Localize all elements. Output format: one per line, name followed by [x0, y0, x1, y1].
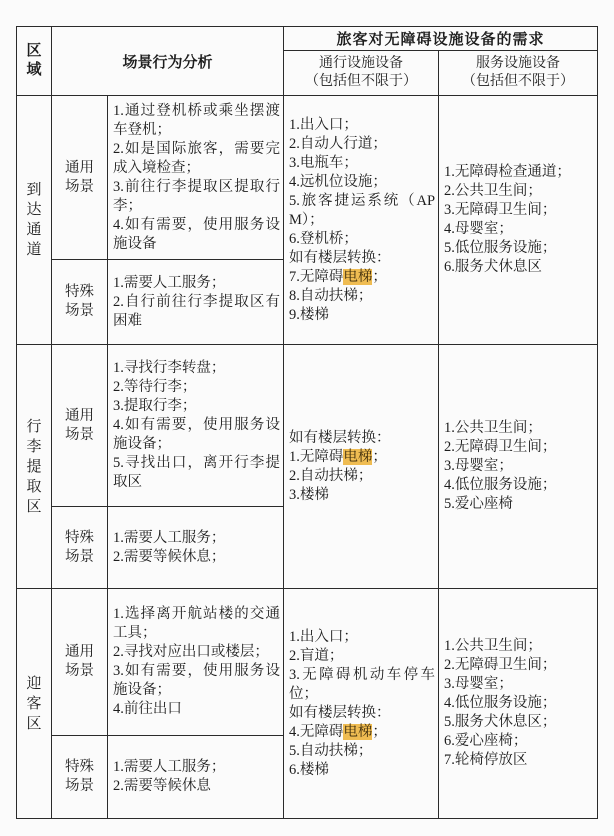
- region-label: 迎客区: [26, 674, 43, 734]
- service-facilities-cell: 1.公共卫生间；2.无障碍卫生间；3.母婴室；4.低位服务设施；5.服务犬休息区…: [439, 589, 598, 819]
- header-service-note: （包括但不限于）: [442, 73, 594, 91]
- general-scenario-cell-label: 通用场景: [64, 643, 95, 681]
- list-item-line: 5.服务犬休息区；: [444, 713, 594, 732]
- line-text: ；: [372, 724, 387, 740]
- list-item-line: 5.自动扶梯；: [289, 742, 435, 761]
- highlighted-term: 电梯: [343, 449, 372, 465]
- region-label: 行李提取区: [26, 417, 43, 517]
- list-item-line: 4.如有需要，使用服务设施设备: [113, 216, 280, 254]
- general-behavior-cell: 1.寻找行李转盘；2.等待行李；3.提取行李；4.如有需要，使用服务设施设备；5…: [108, 345, 284, 507]
- header-scenario-label: 场景行为分析: [123, 55, 213, 71]
- list-item-line: 1.需要人工服务；: [113, 274, 280, 293]
- list-item-line: 6.爱心座椅；: [444, 732, 594, 751]
- header-passage-cell: 通行设施设备 （包括但不限于）: [284, 51, 439, 96]
- special-scenario-cell-label: 特殊场景: [64, 283, 95, 321]
- list-item-line: 1.公共卫生间；: [444, 637, 594, 656]
- list-item-line: 2.自行前往行李提取区有困难: [113, 293, 280, 331]
- list-item-line: 1.寻找行李转盘；: [113, 359, 280, 378]
- list-item-line: 3.楼梯: [289, 486, 435, 505]
- service-facilities-cell: 1.公共卫生间；2.无障碍卫生间；3.母婴室；4.低位服务设施；5.爱心座椅: [439, 345, 598, 589]
- list-item-line: 6.服务犬休息区: [444, 258, 594, 277]
- list-item-line: 6.登机桥；: [289, 230, 435, 249]
- list-item-line: 3.无障碍机动车停车位；: [289, 666, 435, 704]
- list-item-line: 如有楼层转换：: [289, 704, 435, 723]
- special-behavior-cell: 1.需要人工服务；2.需要等候休息；: [108, 507, 284, 589]
- list-item-line: 4.前往出口: [113, 700, 280, 719]
- list-item-line: 2.等待行李；: [113, 378, 280, 397]
- list-item-line: 2.公共卫生间；: [444, 182, 594, 201]
- special-scenario-cell: 特殊场景: [52, 260, 108, 345]
- list-item-line: 4.母婴室；: [444, 220, 594, 239]
- list-item-line: 1.需要人工服务；: [113, 758, 280, 777]
- list-item-line: 2.需要等候休息；: [113, 548, 280, 567]
- highlighted-term: 电梯: [343, 724, 372, 740]
- region-cell: 行李提取区: [17, 345, 52, 589]
- list-item-line: 7.轮椅停放区: [444, 751, 594, 770]
- block-row-general: 到达通道通用场景1.通过登机桥或乘坐摆渡车登机；2.如是国际旅客，需要完成入境检…: [17, 96, 598, 260]
- list-item-line: 3.前往行李提取区提取行李；: [113, 178, 280, 216]
- list-item-line: 4.低位服务设施；: [444, 694, 594, 713]
- general-behavior-cell: 1.通过登机桥或乘坐摆渡车登机；2.如是国际旅客，需要完成入境检查；3.前往行李…: [108, 96, 284, 260]
- header-service-cell: 服务设施设备 （包括但不限于）: [439, 51, 598, 96]
- list-item-line: 如有楼层转换：: [289, 429, 435, 448]
- line-text: 1.无障碍: [289, 449, 343, 465]
- list-item-line: 2.无障碍卫生间；: [444, 656, 594, 675]
- general-scenario-cell-label: 通用场景: [64, 407, 95, 445]
- list-item-line: 1.通过登机桥或乘坐摆渡车登机；: [113, 102, 280, 140]
- list-item-line: 5.旅客捷运系统（APM）；: [289, 192, 435, 230]
- list-item-line: 2.无障碍卫生间；: [444, 438, 594, 457]
- general-scenario-cell: 通用场景: [52, 345, 108, 507]
- line-text: ；: [372, 449, 387, 465]
- highlighted-term: 电梯: [343, 269, 372, 285]
- list-item-line: 1.需要人工服务；: [113, 529, 280, 548]
- list-item-line: 如有楼层转换：: [289, 249, 435, 268]
- list-item-line: 8.自动扶梯；: [289, 287, 435, 306]
- list-item-line: 5.低位服务设施；: [444, 239, 594, 258]
- general-scenario-cell: 通用场景: [52, 96, 108, 260]
- list-item-line: 4.无障碍电梯；: [289, 723, 435, 742]
- special-behavior-cell: 1.需要人工服务；2.自行前往行李提取区有困难: [108, 260, 284, 345]
- header-region-cell: 区域: [17, 27, 52, 96]
- header-region-label: 区域: [26, 42, 43, 80]
- header-demand-title: 旅客对无障碍设施设备的需求: [337, 32, 545, 48]
- general-scenario-cell-label: 通用场景: [64, 159, 95, 197]
- list-item-line: 3.母婴室；: [444, 457, 594, 476]
- region-cell: 迎客区: [17, 589, 52, 819]
- passage-facilities-cell: 如有楼层转换：1.无障碍电梯；2.自动扶梯；3.楼梯: [284, 345, 439, 589]
- list-item-line: 2.需要等候休息: [113, 777, 280, 796]
- list-item-line: 4.如有需要，使用服务设施设备；: [113, 416, 280, 454]
- list-item-line: 1.无障碍检查通道；: [444, 163, 594, 182]
- special-scenario-cell: 特殊场景: [52, 507, 108, 589]
- list-item-line: 4.低位服务设施；: [444, 476, 594, 495]
- list-item-line: 3.如有需要，使用服务设施设备；: [113, 662, 280, 700]
- list-item-line: 7.无障碍电梯；: [289, 268, 435, 287]
- header-service-name: 服务设施设备: [442, 55, 594, 73]
- line-text: 4.无障碍: [289, 724, 343, 740]
- list-item-line: 4.远机位设施；: [289, 173, 435, 192]
- special-behavior-cell: 1.需要人工服务；2.需要等候休息: [108, 736, 284, 819]
- line-text: 7.无障碍: [289, 269, 343, 285]
- list-item-line: 1.无障碍电梯；: [289, 448, 435, 467]
- header-passage-name: 通行设施设备: [287, 55, 435, 73]
- block-row-general: 迎客区通用场景1.选择离开航站楼的交通工具；2.寻找对应出口或楼层；3.如有需要…: [17, 589, 598, 736]
- passage-facilities-cell: 1.出入口；2.自动人行道；3.电瓶车；4.远机位设施；5.旅客捷运系统（APM…: [284, 96, 439, 345]
- service-facilities-cell: 1.无障碍检查通道；2.公共卫生间；3.无障碍卫生间；4.母婴室；5.低位服务设…: [439, 96, 598, 345]
- list-item-line: 6.楼梯: [289, 761, 435, 780]
- list-item-line: 1.选择离开航站楼的交通工具；: [113, 605, 280, 643]
- line-text: ；: [372, 269, 387, 285]
- list-item-line: 2.自动扶梯；: [289, 467, 435, 486]
- region-cell: 到达通道: [17, 96, 52, 345]
- block-row-general: 行李提取区通用场景1.寻找行李转盘；2.等待行李；3.提取行李；4.如有需要，使…: [17, 345, 598, 507]
- passage-facilities-cell: 1.出入口；2.盲道；3.无障碍机动车停车位；如有楼层转换：4.无障碍电梯；5.…: [284, 589, 439, 819]
- header-passage-note: （包括但不限于）: [287, 73, 435, 91]
- accessibility-needs-table: 区域 场景行为分析 旅客对无障碍设施设备的需求 通行设施设备 （包括但不限于） …: [16, 26, 598, 819]
- list-item-line: 2.盲道；: [289, 647, 435, 666]
- general-behavior-cell: 1.选择离开航站楼的交通工具；2.寻找对应出口或楼层；3.如有需要，使用服务设施…: [108, 589, 284, 736]
- list-item-line: 2.自动人行道；: [289, 135, 435, 154]
- special-scenario-cell-label: 特殊场景: [64, 529, 95, 567]
- list-item-line: 1.出入口；: [289, 116, 435, 135]
- list-item-line: 5.寻找出口，离开行李提取区: [113, 454, 280, 492]
- general-scenario-cell: 通用场景: [52, 589, 108, 736]
- header-demand-title-cell: 旅客对无障碍设施设备的需求: [284, 27, 598, 51]
- scanned-document-page: { "table": { "header": { "region": "区域",…: [0, 0, 614, 836]
- list-item-line: 3.电瓶车；: [289, 154, 435, 173]
- special-scenario-cell-label: 特殊场景: [64, 758, 95, 796]
- list-item-line: 2.寻找对应出口或楼层；: [113, 643, 280, 662]
- list-item-line: 2.如是国际旅客，需要完成入境检查；: [113, 140, 280, 178]
- list-item-line: 1.出入口；: [289, 628, 435, 647]
- list-item-line: 3.母婴室；: [444, 675, 594, 694]
- list-item-line: 3.无障碍卫生间；: [444, 201, 594, 220]
- list-item-line: 1.公共卫生间；: [444, 419, 594, 438]
- header-scenario-cell: 场景行为分析: [52, 27, 284, 96]
- table-body: 区域 场景行为分析 旅客对无障碍设施设备的需求 通行设施设备 （包括但不限于） …: [17, 27, 598, 819]
- list-item-line: 9.楼梯: [289, 306, 435, 325]
- region-label: 到达通道: [26, 180, 43, 260]
- header-row-top: 区域 场景行为分析 旅客对无障碍设施设备的需求: [17, 27, 598, 51]
- list-item-line: 5.爱心座椅: [444, 495, 594, 514]
- list-item-line: 3.提取行李；: [113, 397, 280, 416]
- special-scenario-cell: 特殊场景: [52, 736, 108, 819]
